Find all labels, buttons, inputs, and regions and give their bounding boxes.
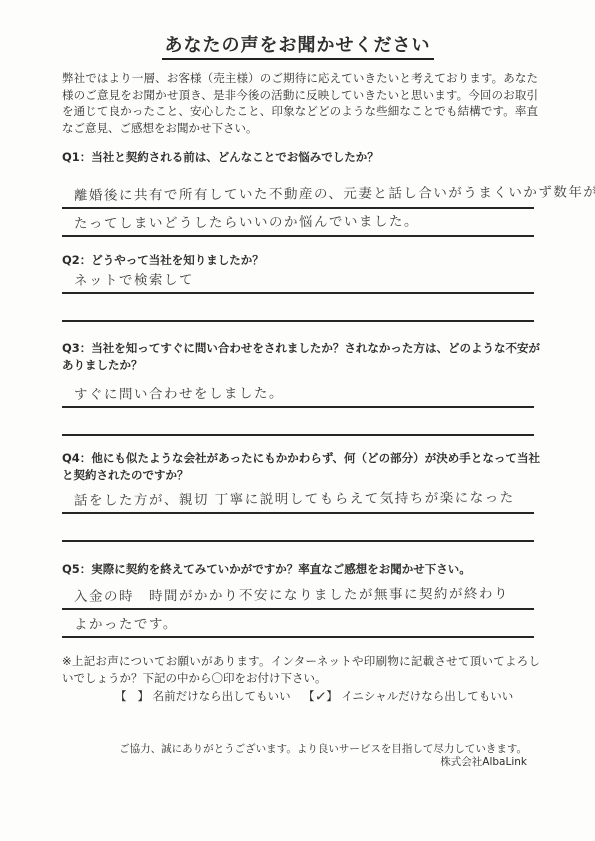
answer-line — [62, 292, 534, 322]
consent-note: ※上記お声についてお願いがあります。インターネットや印刷物に記載させて頂いてよろ… — [62, 653, 540, 686]
answer-line — [62, 512, 534, 542]
handwritten-answer — [62, 537, 74, 540]
handwritten-answer: よかったです。 — [62, 612, 178, 636]
handwritten-answer: 入金の時 時間がかかり不安になりましたが無事に契約が終わり — [62, 582, 509, 608]
option-bracket-close: 】 — [326, 689, 338, 703]
intro-text: 弊社ではより一層、お客様（売主様）のご期待に応えていきたいと考えております。あな… — [62, 70, 538, 136]
answer-line: すぐに問い合わせをしました。 — [62, 378, 534, 408]
company-name: 株式会社AlbaLink — [440, 754, 527, 769]
check-mark — [126, 700, 137, 701]
question-label-q3: Q3：当社を知ってすぐに問い合わせをされましたか？されなかった方は、どのような不… — [62, 340, 540, 374]
consent-option-initial: 【✓】 イニシャルだけなら出してもいい — [303, 688, 513, 704]
handwritten-answer: たってしまいどうしたらいいのか悩んでいました。 — [62, 210, 419, 235]
handwritten-answer: すぐに問い合わせをしました。 — [62, 381, 284, 406]
handwritten-answer: 話をした方が、親切 丁寧に説明してもらえて気持ちが楽になった — [62, 486, 515, 512]
form-title: あなたの声をお聞かせください — [0, 31, 595, 57]
answer-line: ネットで検索して — [62, 264, 534, 294]
option-label: イニシャルだけなら出してもいい — [341, 689, 513, 703]
survey-document-page: あなたの声をお聞かせください 弊社ではより一層、お客様（売主様）のご期待に応えて… — [0, 0, 595, 841]
answer-line — [62, 406, 534, 436]
answer-line: たってしまいどうしたらいいのか悩んでいました。 — [62, 207, 534, 237]
answer-line: 話をした方が、親切 丁寧に説明してもらえて気持ちが楽になった — [62, 484, 534, 514]
question-label-q4: Q4：他にも似たような会社があったにもかかわらず、何（どの部分）が決め手となって… — [62, 450, 540, 484]
option-bracket-open: 【 — [115, 689, 127, 703]
answer-line: 入金の時 時間がかかり不安になりましたが無事に契約が終わり — [62, 580, 534, 610]
handwritten-answer: ネットで検索して — [62, 268, 194, 292]
consent-option-name: 【】 名前だけなら出してもいい — [115, 688, 291, 704]
handwritten-answer — [62, 317, 74, 320]
answer-line: よかったです。 — [62, 608, 534, 638]
option-bracket-open: 【 — [303, 689, 315, 703]
question-label-q5: Q5：実際に契約を終えてみていかがですか？率直なご感想をお聞かせ下さい。 — [62, 561, 540, 578]
question-label-q1: Q1：当社と契約される前は、どんなことでお悩みでしたか？ — [62, 149, 540, 166]
answer-line: 離婚後に共有で所有していた不動産の、元妻と話し合いがうまくいかず数年が — [62, 179, 534, 209]
option-bracket-close: 】 — [138, 689, 150, 703]
option-label: 名前だけなら出してもいい — [153, 689, 291, 703]
handwritten-answer — [62, 431, 74, 434]
check-mark: ✓ — [314, 688, 327, 705]
handwritten-answer: 離婚後に共有で所有していた不動産の、元妻と話し合いがうまくいかず数年が — [62, 180, 595, 207]
